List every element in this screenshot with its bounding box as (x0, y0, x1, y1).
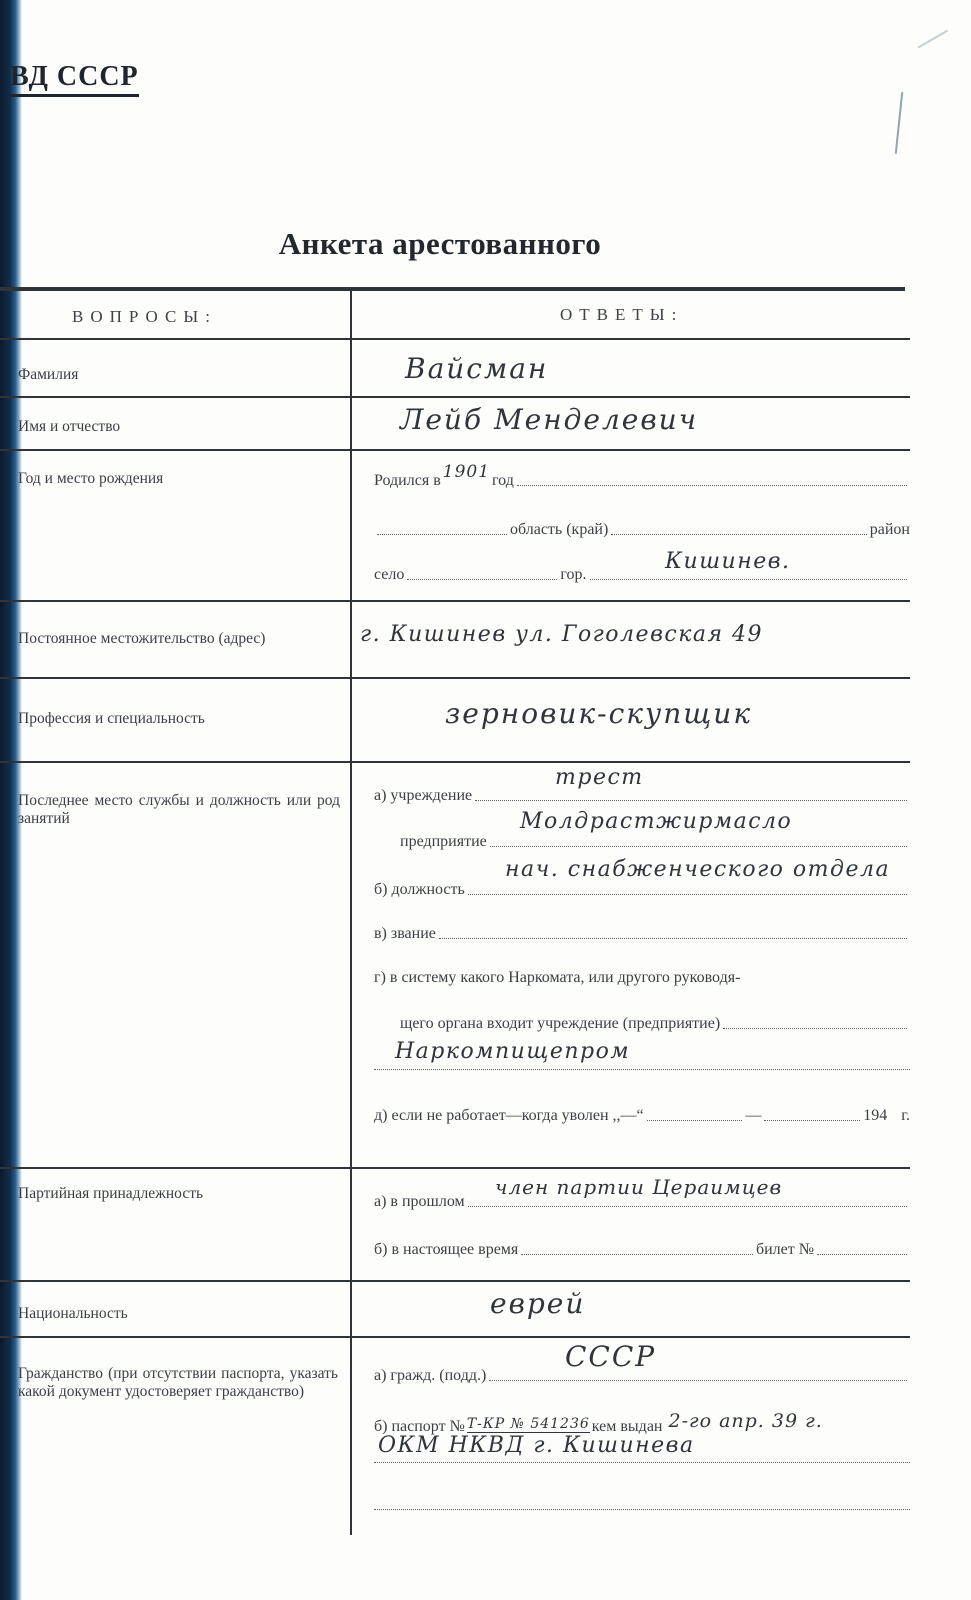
dismissed-month[interactable]: — (745, 1107, 761, 1125)
answers-header: ОТВЕТЫ: (560, 305, 683, 325)
birth-city-line: село гор. (374, 566, 910, 584)
answer-profession: зерновик-скупщик (445, 697, 752, 730)
question-profession: Профессия и специальность (18, 710, 340, 728)
organization-header: ВД СССР (10, 62, 139, 97)
gor-label: гор. (560, 566, 586, 584)
position-label: б) должность (374, 881, 465, 899)
party-past-value[interactable]: член партии Цераимцев (495, 1175, 782, 1199)
born-label: Родился в (374, 472, 441, 490)
birth-year-value[interactable]: 1901 (443, 462, 490, 482)
rule-header (0, 338, 910, 340)
birth-city-value[interactable]: Кишинев. (665, 549, 791, 574)
work-rank-line: в) звание (374, 925, 910, 943)
work-enterprise-line: предприятие (400, 833, 910, 851)
commissariat-label-1: г) в систему какого Наркомата, или друго… (374, 969, 740, 987)
citizenship-value[interactable]: СССР (565, 1340, 656, 1373)
dismissed-day[interactable]: — (621, 1107, 637, 1125)
question-nationality: Национальность (18, 1305, 340, 1323)
rule (0, 1280, 910, 1282)
blank-line (374, 1509, 910, 1510)
citizenship-label: а) гражд. (подд.) (374, 1367, 486, 1385)
stray-pencil-mark (918, 30, 948, 49)
commissariat-value-underline (374, 1069, 910, 1070)
question-work: Последнее место службы и должность или р… (18, 792, 340, 828)
position-value[interactable]: нач. снабженческого отдела (505, 857, 890, 882)
enterprise-value[interactable]: Молдрастжирмасло (520, 809, 792, 834)
party-current-line: б) в настоящее время билет № (374, 1241, 910, 1259)
rule (0, 761, 910, 763)
party-current-label: б) в настоящее время (374, 1241, 518, 1259)
rule (0, 1336, 910, 1338)
passport-number[interactable]: Т-КР № 541236 (467, 1416, 590, 1433)
issued-by[interactable]: ОКМ НКВД г. Кишинева (378, 1433, 695, 1458)
answer-name: Лейб Менделевич (400, 403, 698, 436)
questions-header: ВОПРОСЫ: (72, 307, 217, 327)
question-birth: Год и место рождения (18, 470, 340, 488)
institution-value[interactable]: трест (555, 765, 644, 790)
rule (0, 449, 910, 451)
institution-label: а) учреждение (374, 787, 472, 805)
rayon-label: район (870, 521, 910, 539)
selo-label: село (374, 566, 404, 584)
rule (0, 600, 910, 602)
rule-top (0, 287, 905, 291)
dismissed-label: д) если не работает—когда уволен ,, (374, 1107, 621, 1125)
dismissed-year: 194 (863, 1107, 887, 1125)
question-surname: Фамилия (18, 366, 340, 384)
pencil-check-mark (895, 92, 903, 154)
enterprise-label: предприятие (400, 833, 487, 851)
column-divider (350, 287, 352, 1535)
question-address: Постоянное местожительство (адрес) (18, 630, 340, 648)
question-citizenship: Гражданство (при отсутствии паспорта, ук… (18, 1365, 338, 1401)
question-name: Имя и отчество (18, 418, 340, 436)
work-commissariat-line-1: г) в систему какого Наркомата, или друго… (374, 969, 910, 987)
year-suffix: год (492, 472, 514, 490)
commissariat-value[interactable]: Наркомпищепром (395, 1039, 630, 1064)
rule (0, 677, 910, 679)
rule (0, 1167, 910, 1169)
answer-surname: Вайсман (405, 352, 548, 385)
work-commissariat-line-2: щего органа входит учреждение (предприят… (400, 1015, 910, 1033)
answer-address: г. Кишинев ул. Гоголевская 49 (360, 622, 763, 647)
rank-label: в) звание (374, 925, 436, 943)
birth-region-line: область (край) район (374, 521, 910, 539)
birth-year-line: Родился в 1901 год (374, 470, 910, 490)
issued-by-underline (374, 1462, 910, 1463)
dismissed-suffix: г. (901, 1107, 910, 1125)
question-party: Партийная принадлежность (18, 1185, 340, 1203)
issued-date[interactable]: 2-го апр. 39 г. (668, 1410, 822, 1432)
rule (0, 396, 910, 398)
oblast-label: область (край) (510, 521, 608, 539)
answer-nationality: еврей (490, 1287, 585, 1320)
ticket-label: билет № (756, 1241, 814, 1259)
commissariat-label-2: щего органа входит учреждение (предприят… (400, 1015, 720, 1033)
work-dismissed-line: д) если не работает—когда уволен ,, — “ … (374, 1107, 910, 1125)
party-past-label: а) в прошлом (374, 1193, 465, 1211)
work-position-line: б) должность (374, 881, 910, 899)
form-title: Анкета арестованного (0, 226, 880, 262)
